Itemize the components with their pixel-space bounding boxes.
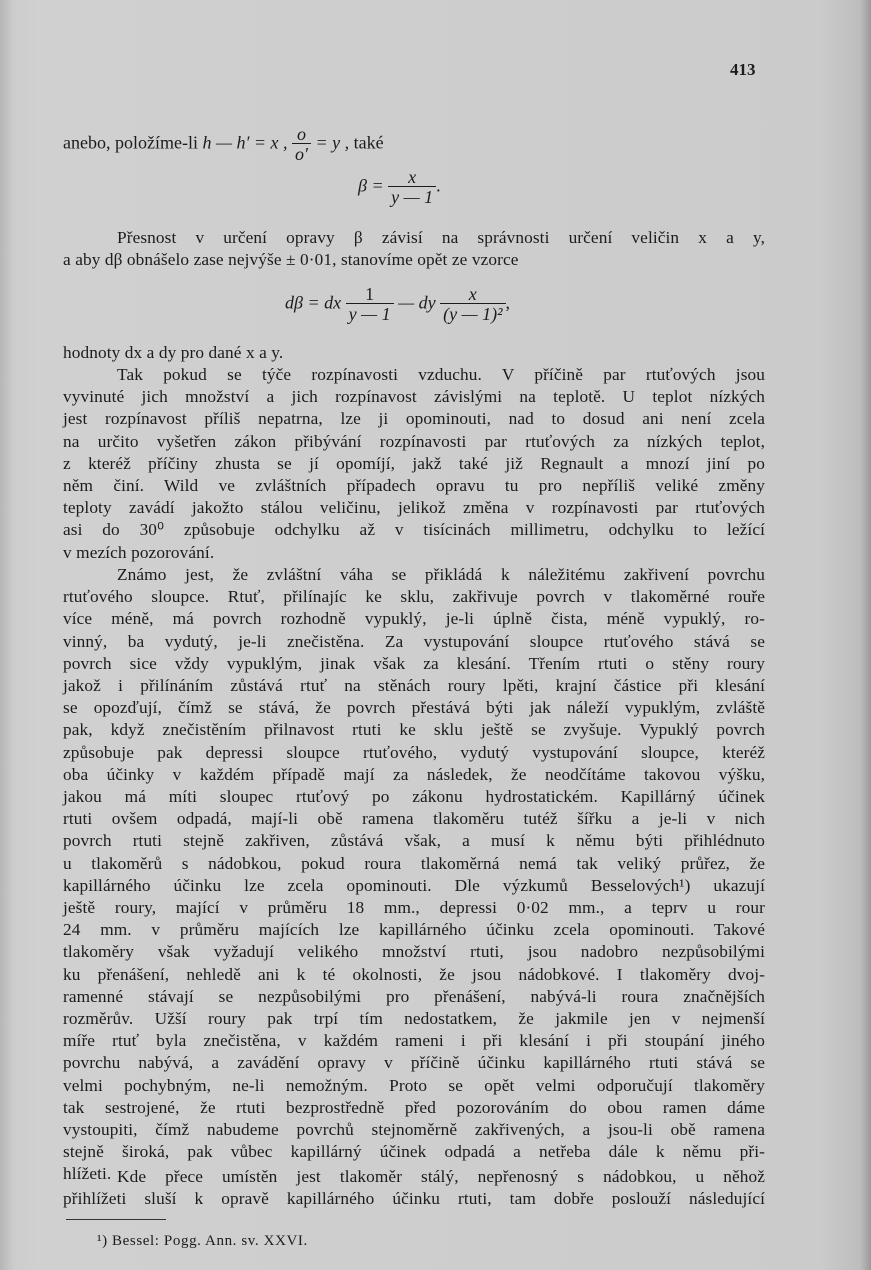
paragraph-3-line: ku přenášení, nehledě ani k té okolnosti…	[63, 964, 765, 986]
paragraph-2-line: z kteréž příčiny zhusta se jí opomíjí, j…	[63, 453, 765, 475]
paragraph-3-line: míře rtuť byla znečistěna, v každém rame…	[63, 1030, 765, 1052]
intro-line: anebo, položíme-li h — h′ = x , o o′ = y…	[63, 125, 384, 164]
paragraph-3-line: jakož i přilínáním zůstává rtuť na stěná…	[63, 675, 765, 697]
intro-lead: anebo, položíme-li	[63, 133, 198, 153]
paragraph-2-line: něm činí. Wild ve zvláštních případech o…	[63, 475, 765, 497]
paragraph-3-line: povrch sice vždy vypuklým, jinak však za…	[63, 653, 765, 675]
paragraph-2-line: teploty zavádí jakožto stálou veličinu, …	[63, 497, 765, 519]
after-formula-line: hodnoty dx a dy pro dané x a y.	[63, 342, 765, 364]
paragraph-2-line: jest rozpínavost příliš nepatrna, lze ji…	[63, 408, 765, 430]
paragraph-3-line: se opozďují, čímž se stává, že povrch př…	[63, 697, 765, 719]
paragraph-3-line: tlakoměry však vyžadují velikého množstv…	[63, 941, 765, 963]
paragraph-4-line: Kde přece umístěn jest tlakoměr stálý, n…	[117, 1166, 765, 1188]
paragraph-3-line: povrchu nabývá, a zavádění opravy v příč…	[63, 1052, 765, 1074]
intro-expr-hx: h — h′ = x ,	[202, 133, 287, 153]
book-page: 413 anebo, položíme-li h — h′ = x , o o′…	[0, 0, 871, 1270]
paragraph-4-line: přihlížeti sluší k opravě kapillárného ú…	[63, 1188, 765, 1210]
paragraph-3-line: ramenné stávají se nezpůsobilými pro pře…	[63, 986, 765, 1008]
paragraph-2-line: asi do 30⁰ způsobuje odchylku až v tisíc…	[63, 519, 765, 541]
paragraph-3-line: tak sestrojené, že rtuti bezprostředně p…	[63, 1097, 765, 1119]
formula-beta: β = x y — 1 .	[358, 168, 441, 207]
paragraph-3-line: pak, když znečistěním přilnavost rtuti k…	[63, 719, 765, 741]
paragraph-3-line: 24 mm. v průměru majících lze kapillárné…	[63, 919, 765, 941]
paragraph-3-line: rtuťového sloupce. Rtuť, přilínajíc ke s…	[63, 586, 765, 608]
paragraph-3-line: ještě roury, mající v průměru 18 mm., de…	[63, 897, 765, 919]
page-number: 413	[730, 60, 756, 80]
paragraph-3-line: rtuti ovšem odpadá, mají-li obě ramena t…	[63, 808, 765, 830]
paragraph-3-line: velmi pochybným, ne-li nemožným. Proto s…	[63, 1075, 765, 1097]
formula-dbeta: dβ = dx 1 y — 1 — dy x (y — 1)² ,	[285, 285, 510, 324]
paragraph-2-line: vyvinuté jich množství a jich rozpínavos…	[63, 386, 765, 408]
paragraph-3-line: vinný, ba vydutý, je-li znečistěna. Za v…	[63, 631, 765, 653]
footnote-rule	[66, 1219, 166, 1220]
paragraph-3-line: kapillárného účinku lze zcela opominouti…	[63, 875, 765, 897]
paragraph-3-line: oba účinky v každém případě mají za násl…	[63, 764, 765, 786]
paragraph-3-line: stejně široká, pak vůbec kapillárný účin…	[63, 1141, 765, 1163]
paragraph-3-line: rozměrův. Užší roury pak trpí tím nedost…	[63, 1008, 765, 1030]
paragraph-2-line: na určito vyšetřen zákon přibývání rozpí…	[63, 431, 765, 453]
paragraph-3-line: více méně, má povrch rozhodně vypuklý, j…	[63, 608, 765, 630]
paragraph-3-line: u tlakoměrů s nádobkou, pokud roura tlak…	[63, 853, 765, 875]
paragraph-3-line: povrch rtuti stejně zakřiven, zůstává vš…	[63, 830, 765, 852]
paragraph-2-line: Tak pokud se týče rozpínavosti vzduchu. …	[117, 364, 765, 386]
intro-fraction-o: o o′	[292, 125, 311, 164]
paragraph-3-line: vystoupiti, čímž nabudeme povrchů stejno…	[63, 1119, 765, 1141]
paragraph-3-line: Známo jest, že zvláštní váha se přikládá…	[117, 564, 765, 586]
intro-expr-y: = y ,	[315, 133, 349, 153]
footnote: ¹) Bessel: Pogg. Ann. sv. XXVI.	[97, 1233, 308, 1250]
paragraph-1-line: a aby dβ obnášelo zase nejvýše ± 0·01, s…	[63, 249, 765, 271]
paragraph-3-line: způsobuje pak depressi sloupce rtuťového…	[63, 742, 765, 764]
paragraph-1-line: Přesnost v určení opravy β závisí na spr…	[117, 227, 765, 249]
intro-tail: také	[354, 133, 384, 153]
paragraph-3-line: jakou má míti sloupec rtuťový po zákonu …	[63, 786, 765, 808]
paragraph-2-line: v mezích pozorování.	[63, 542, 765, 564]
